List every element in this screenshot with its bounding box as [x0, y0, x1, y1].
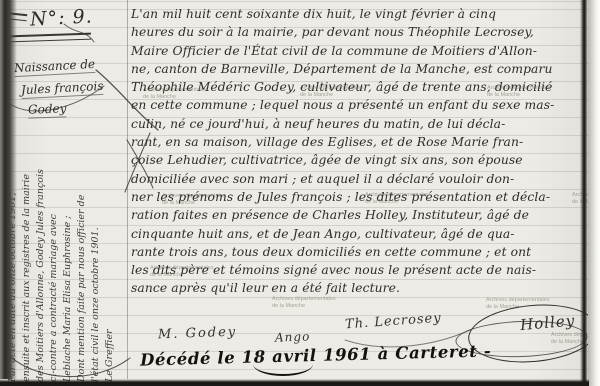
civil-register-scan: Archives départementales de la Manche Ar…: [0, 0, 600, 386]
margin-title-line: Godey: [28, 101, 67, 118]
act-line: ne, canton de Barneville, Département de…: [131, 60, 587, 78]
act-line: çoise Lehudier, cultivatrice, âgée de vi…: [131, 151, 587, 169]
act-line: domiciliée avec son mari ; et auquel il …: [131, 170, 587, 188]
margin-title-naissance: Naissance de: [14, 57, 96, 75]
page-edge-bottom-shadow: [0, 379, 589, 386]
marginal-note-line: des Moitiers d'Allonne, Godey Jules fran…: [34, 138, 48, 382]
margin-title-line: Jules françois: [21, 79, 104, 99]
page-edge-right-line: [580, 0, 588, 386]
signature-mayor: Th. Lecrosey: [345, 311, 442, 333]
act-number-underline: [9, 33, 91, 43]
marginal-note-line: l'état civil le onze octobre 1901.: [89, 138, 103, 382]
act-line: en cette commune ; lequel nous a présent…: [131, 96, 587, 114]
marginal-marriage-note: Par acte en date du onze octobre 1901, e…: [6, 138, 124, 382]
marginal-note-line: Leblache Maria Elisa Euphrosine ;: [61, 138, 75, 382]
act-line: les dits père et témoins signé avec nous…: [131, 261, 587, 279]
archive-watermark: Archives départementales de la Manche: [272, 296, 336, 309]
signature-witness-ango: Ango: [275, 329, 311, 344]
act-line: culin, né ce jourd'hui, à neuf heures du…: [131, 115, 587, 133]
act-line: cinquante huit ans, et de Jean Ango, cul…: [131, 225, 587, 243]
margin-title-line: Naissance de: [14, 57, 96, 77]
act-number: N°: 9.: [29, 5, 93, 30]
act-line: sance après qu'il leur en a été fait lec…: [131, 279, 587, 297]
act-line: Théophile Médéric Godey, cultivateur, âg…: [131, 78, 587, 96]
margin-title-nom: Godey: [28, 101, 67, 116]
act-line: ration faites en présence de Charles Hol…: [131, 206, 587, 224]
margin-separator-rule: [127, 0, 128, 379]
watermark-line1: Archives départementales: [486, 297, 550, 304]
binding-edge-left: [0, 0, 17, 379]
death-annotation-underline: [253, 364, 313, 376]
margin-title-prenoms: Jules françois: [21, 79, 104, 97]
marginal-note-line: ensuite et inscrit aux registres de la m…: [20, 138, 34, 382]
act-line: Maire Officier de l'État civil de la com…: [131, 42, 587, 60]
birth-act-text: L'an mil huit cent soixante dix huit, le…: [131, 5, 587, 298]
marginal-note-line: Dont mention faite par nous officier de: [75, 138, 89, 382]
act-line: rant, en sa maison, village des Eglises,…: [131, 133, 587, 151]
marginal-note-line: Le Greffier: [103, 138, 117, 382]
act-line: L'an mil huit cent soixante dix huit, le…: [131, 5, 587, 23]
act-line: rante trois ans, tous deux domiciliés en…: [131, 243, 587, 261]
death-annotation: Décédé le 18 avril 1961 à Carteret -: [140, 341, 492, 369]
signature-father-godey: M. Godey: [158, 325, 238, 343]
act-line: ner les prénoms de Jules françois ; les …: [131, 188, 587, 206]
act-line: heures du soir à la mairie, par devant n…: [131, 23, 587, 41]
page-edge-right-margin: [588, 0, 600, 386]
watermark-line2: de la Manche: [272, 303, 336, 310]
marginal-note-line: ci-contre a contracté mariage avec: [47, 138, 61, 382]
signature-witness-holley: Holley: [519, 311, 575, 334]
